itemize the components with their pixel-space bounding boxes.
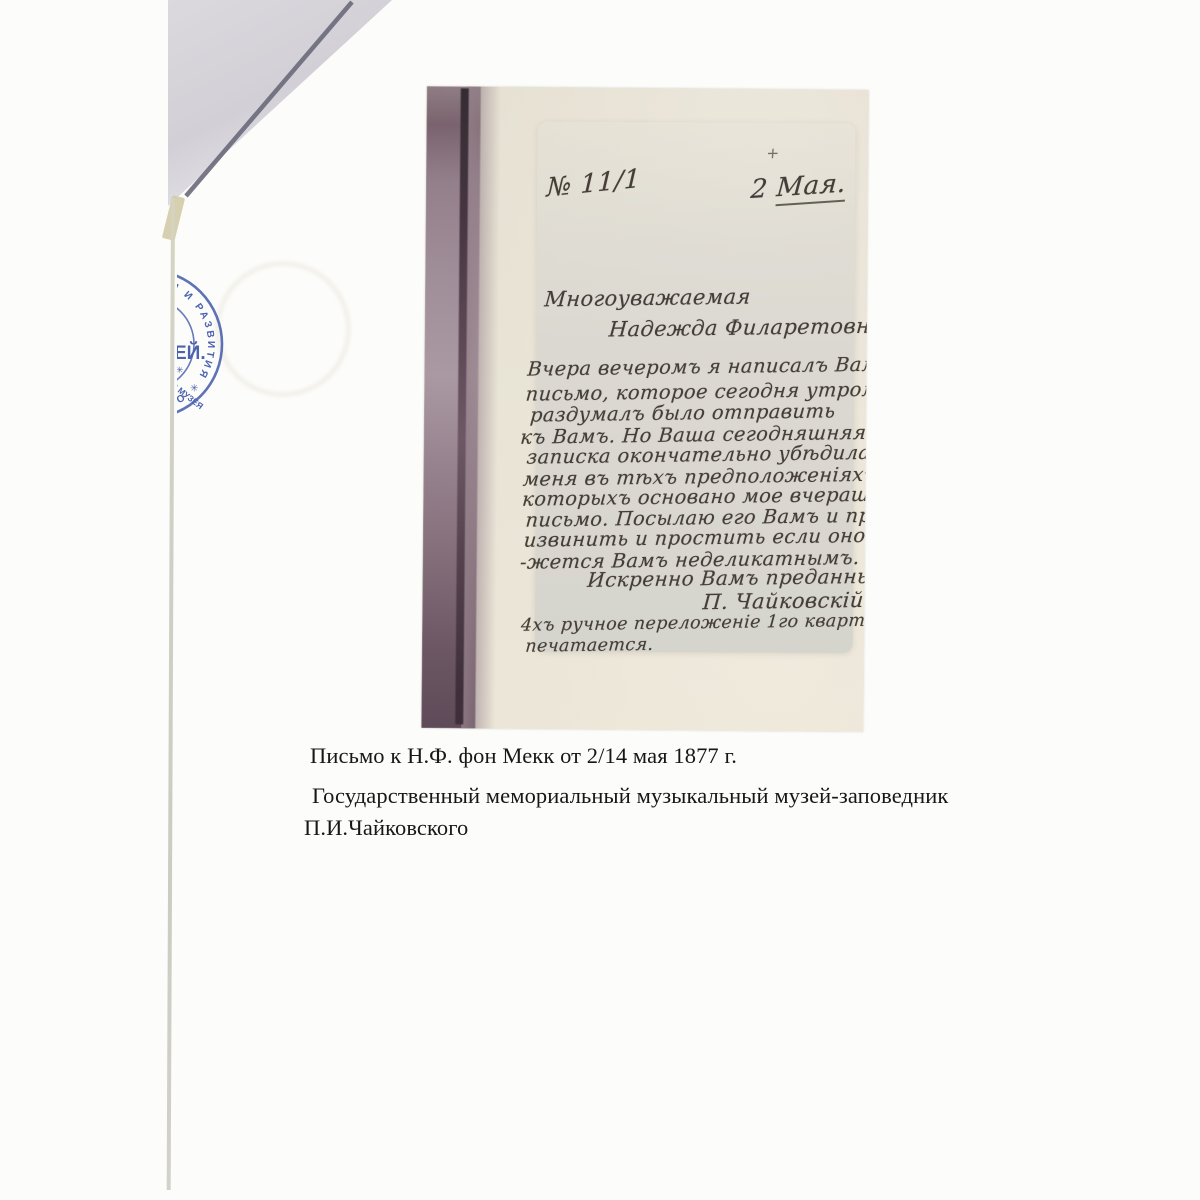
- letter-number: № 11/1: [546, 164, 641, 203]
- letter-date: 2 Мая.: [750, 169, 848, 205]
- letter-date-day: 2: [750, 173, 778, 205]
- letter-photograph: № 11/1 + 2 Мая. Многоуважаемая Надежда Ф…: [421, 86, 869, 732]
- pencil-mark: +: [766, 144, 780, 162]
- handwriting-layer: № 11/1 + 2 Мая. Многоуважаемая Надежда Ф…: [421, 86, 869, 732]
- caption-title: Письмо к Н.Ф. фон Мекк от 2/14 мая 1877 …: [310, 743, 737, 769]
- blue-round-stamp: ПОДДЕРЖКИ И РАЗВИТИЯ ✳ ОГРН 102773910494…: [64, 260, 234, 430]
- stamp-inner-large-text: ЕЙ.: [174, 342, 206, 364]
- stamp-inner-star: ✳: [176, 365, 184, 375]
- caption-museum-line2: П.И.Чайковского: [304, 815, 468, 841]
- salutation-line: Надежда Филаретовна!: [608, 314, 869, 342]
- postscript-line: 4хъ ручное переложеніе 1го квартета уже: [520, 610, 869, 636]
- salutation-line: Многоуважаемая: [544, 284, 752, 311]
- caption-museum-line1: Государственный мемориальный музыкальный…: [312, 783, 948, 809]
- body-line: Вчера вечеромъ я написалъ Вамъ: [527, 353, 869, 381]
- postscript-line: печатается.: [525, 635, 655, 657]
- embossed-seal-ring: [216, 262, 350, 396]
- signature: П. Чайковскій —: [702, 588, 869, 615]
- letter-date-month: Мая.: [775, 169, 847, 207]
- page-edge-line: [167, 198, 175, 1190]
